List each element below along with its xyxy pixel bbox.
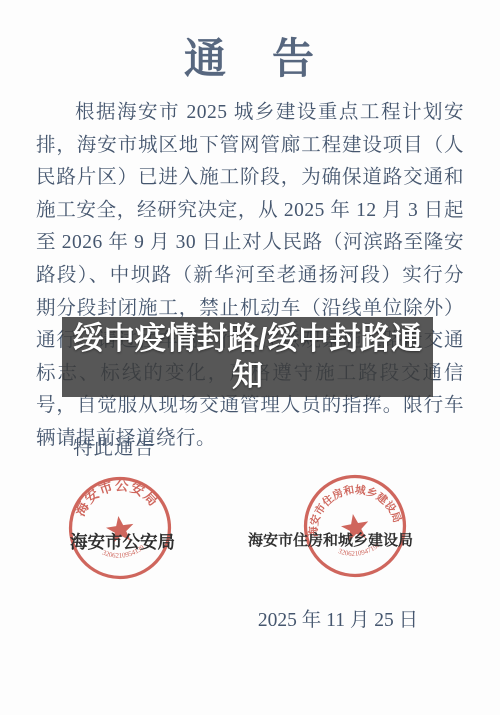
watermark-overlay: 绥中疫情封路/绥中封路通知 bbox=[62, 317, 433, 397]
watermark-text: 绥中疫情封路/绥中封路通知 bbox=[62, 320, 433, 394]
issuer-name-housing: 海安市住房和城乡建设局 bbox=[238, 529, 423, 550]
notice-title: 通 告 bbox=[0, 26, 500, 86]
notice-document: 通 告 根据海安市 2025 城乡建设重点工程计划安排，海安市城区地下管网管廊工… bbox=[0, 0, 500, 715]
issuer-name-police: 海安市公安局 bbox=[40, 529, 205, 554]
closing-phrase: 特此通告 bbox=[73, 432, 155, 460]
notice-body: 根据海安市 2025 城乡建设重点工程计划安排，海安市城区地下管网管廊工程建设项… bbox=[36, 97, 464, 456]
housing-official-seal-icon: 海安市住房和城乡建设局 3206210947192 bbox=[290, 461, 420, 591]
police-official-seal-icon: 海安市公安局 3206210954139 bbox=[57, 465, 183, 591]
notice-date: 2025 年 11 月 25 日 bbox=[238, 604, 438, 632]
